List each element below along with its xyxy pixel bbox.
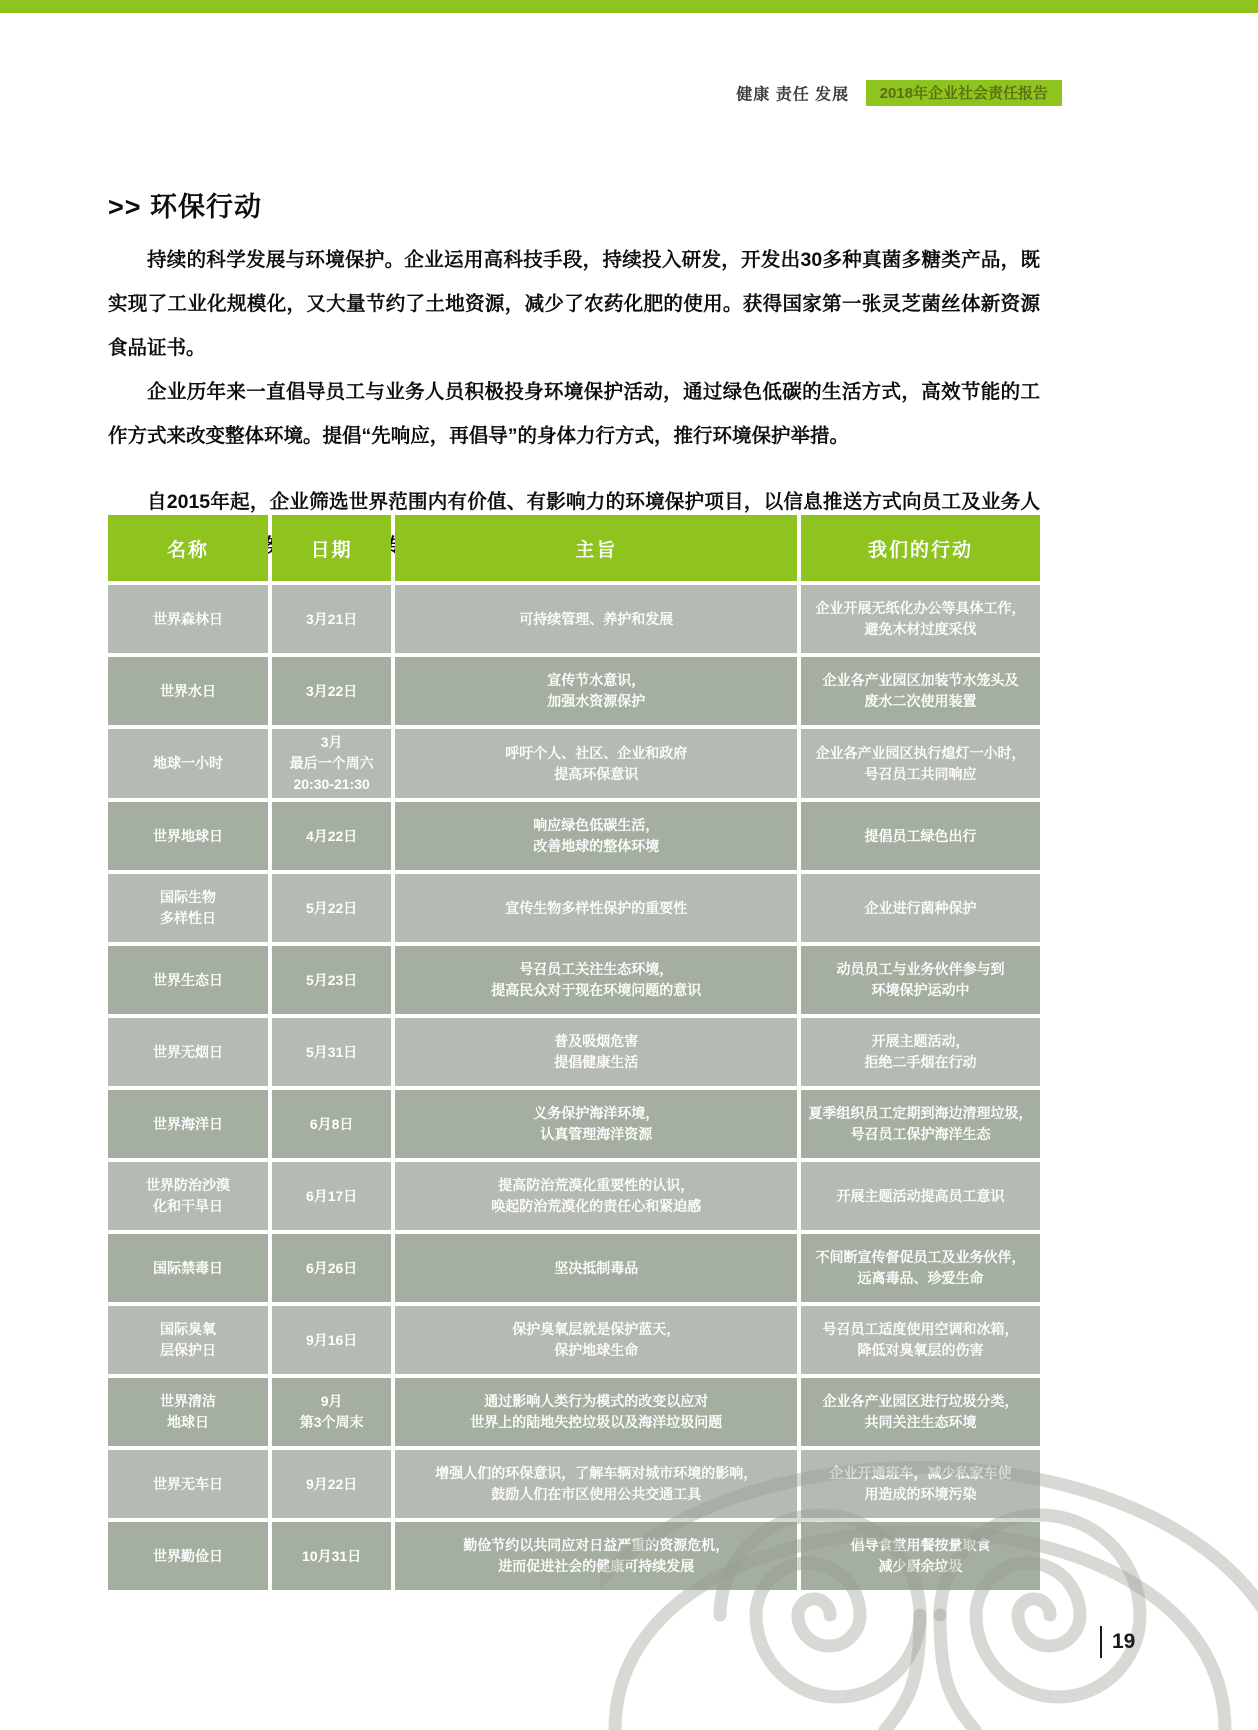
paragraph-advocacy: 企业历年来一直倡导员工与业务人员积极投身环境保护活动，通过绿色低碳的生活方式，高… [108, 370, 1040, 458]
page-number-block: 19 [1100, 1626, 1135, 1658]
table-cell: 企业各产业园区加装节水笼头及 废水二次使用装置 [801, 657, 1040, 725]
column-header-date: 日期 [272, 515, 391, 581]
table-cell: 企业开通班车，减少私家车使 用造成的环境污染 [801, 1450, 1040, 1518]
table-cell: 开展主题活动， 拒绝二手烟在行动 [801, 1018, 1040, 1086]
table-cell: 夏季组织员工定期到海边清理垃圾， 号召员工保护海洋生态 [801, 1090, 1040, 1158]
table-cell: 可持续管理、养护和发展 [395, 585, 797, 653]
table-cell: 宣传节水意识， 加强水资源保护 [395, 657, 797, 725]
table-cell: 响应绿色低碳生活， 改善地球的整体环境 [395, 802, 797, 870]
table-row: 世界地球日4月22日响应绿色低碳生活， 改善地球的整体环境提倡员工绿色出行 [108, 802, 1040, 870]
table-cell: 坚决抵制毒品 [395, 1234, 797, 1302]
page-header: 健康 责任 发展 2018年企业社会责任报告 [0, 80, 1062, 106]
table-cell: 3月22日 [272, 657, 391, 725]
column-header-theme: 主旨 [395, 515, 797, 581]
table-header-row: 名称 日期 主旨 我们的行动 [108, 515, 1040, 581]
table-cell: 6月17日 [272, 1162, 391, 1230]
table-cell: 地球一小时 [108, 729, 268, 798]
table-cell: 国际臭氧 层保护日 [108, 1306, 268, 1374]
table-body: 世界森林日3月21日可持续管理、养护和发展企业开展无纸化办公等具体工作， 避免木… [108, 585, 1040, 1590]
table-cell: 9月16日 [272, 1306, 391, 1374]
table-cell: 企业各产业园区执行熄灯一小时， 号召员工共同响应 [801, 729, 1040, 798]
table-row: 世界清洁 地球日9月 第3个周末通过影响人类行为模式的改变以应对 世界上的陆地失… [108, 1378, 1040, 1446]
table-cell: 企业进行菌种保护 [801, 874, 1040, 942]
table-cell: 开展主题活动提高员工意识 [801, 1162, 1040, 1230]
table-cell: 9月22日 [272, 1450, 391, 1518]
table-cell: 5月22日 [272, 874, 391, 942]
table-row: 世界勤俭日10月31日勤俭节约以共同应对日益严重的资源危机， 进而促进社会的健康… [108, 1522, 1040, 1590]
table-row: 世界海洋日6月8日义务保护海洋环境， 认真管理海洋资源夏季组织员工定期到海边清理… [108, 1090, 1040, 1158]
table-row: 世界森林日3月21日可持续管理、养护和发展企业开展无纸化办公等具体工作， 避免木… [108, 585, 1040, 653]
table-cell: 保护臭氧层就是保护蓝天， 保护地球生命 [395, 1306, 797, 1374]
table-cell: 3月 最后一个周六 20:30-21:30 [272, 729, 391, 798]
top-accent-bar [0, 0, 1258, 13]
table-cell: 提高防治荒漠化重要性的认识， 唤起防治荒漠化的责任心和紧迫感 [395, 1162, 797, 1230]
table-row: 世界生态日5月23日号召员工关注生态环境， 提高民众对于现在环境问题的意识动员员… [108, 946, 1040, 1014]
table-cell: 5月23日 [272, 946, 391, 1014]
table-row: 世界水日3月22日宣传节水意识， 加强水资源保护企业各产业园区加装节水笼头及 废… [108, 657, 1040, 725]
column-header-actions: 我们的行动 [801, 515, 1040, 581]
table-row: 国际生物 多样性日5月22日宣传生物多样性保护的重要性企业进行菌种保护 [108, 874, 1040, 942]
table-cell: 3月21日 [272, 585, 391, 653]
table-row: 国际臭氧 层保护日9月16日保护臭氧层就是保护蓝天， 保护地球生命号召员工适度使… [108, 1306, 1040, 1374]
page-number: 19 [1112, 1630, 1135, 1654]
table-cell: 世界地球日 [108, 802, 268, 870]
table-row: 地球一小时3月 最后一个周六 20:30-21:30呼吁个人、社区、企业和政府 … [108, 729, 1040, 798]
table-cell: 通过影响人类行为模式的改变以应对 世界上的陆地失控垃圾以及海洋垃圾问题 [395, 1378, 797, 1446]
table-cell: 提倡员工绿色出行 [801, 802, 1040, 870]
table-cell: 6月8日 [272, 1090, 391, 1158]
table-cell: 增强人们的环保意识，了解车辆对城市环境的影响， 鼓励人们在市区使用公共交通工具 [395, 1450, 797, 1518]
table-cell: 世界水日 [108, 657, 268, 725]
table-cell: 号召员工适度使用空调和冰箱， 降低对臭氧层的伤害 [801, 1306, 1040, 1374]
table-cell: 世界生态日 [108, 946, 268, 1014]
table-cell: 世界勤俭日 [108, 1522, 268, 1590]
table-cell: 世界无烟日 [108, 1018, 268, 1086]
table-cell: 倡导食堂用餐按量取食 减少厨余垃圾 [801, 1522, 1040, 1590]
table-cell: 5月31日 [272, 1018, 391, 1086]
table-cell: 世界海洋日 [108, 1090, 268, 1158]
table-cell: 企业各产业园区进行垃圾分类， 共同关注生态环境 [801, 1378, 1040, 1446]
table-cell: 义务保护海洋环境， 认真管理海洋资源 [395, 1090, 797, 1158]
environment-days-table: 名称 日期 主旨 我们的行动 世界森林日3月21日可持续管理、养护和发展企业开展… [108, 515, 1040, 1594]
table-cell: 动员员工与业务伙伴参与到 环境保护运动中 [801, 946, 1040, 1014]
table-cell: 呼吁个人、社区、企业和政府 提高环保意识 [395, 729, 797, 798]
header-tagline: 健康 责任 发展 [736, 87, 849, 104]
table-cell: 9月 第3个周末 [272, 1378, 391, 1446]
table-cell: 国际生物 多样性日 [108, 874, 268, 942]
table-cell: 不间断宣传督促员工及业务伙伴， 远离毒品、珍爱生命 [801, 1234, 1040, 1302]
table-row: 世界无车日9月22日增强人们的环保意识，了解车辆对城市环境的影响， 鼓励人们在市… [108, 1450, 1040, 1518]
table-cell: 勤俭节约以共同应对日益严重的资源危机， 进而促进社会的健康可持续发展 [395, 1522, 797, 1590]
header-report-badge: 2018年企业社会责任报告 [866, 80, 1062, 106]
table-cell: 世界防治沙漠 化和干旱日 [108, 1162, 268, 1230]
table-cell: 6月26日 [272, 1234, 391, 1302]
table-cell: 号召员工关注生态环境， 提高民众对于现在环境问题的意识 [395, 946, 797, 1014]
table-row: 世界无烟日5月31日普及吸烟危害 提倡健康生活开展主题活动， 拒绝二手烟在行动 [108, 1018, 1040, 1086]
column-header-name: 名称 [108, 515, 268, 581]
table-cell: 世界清洁 地球日 [108, 1378, 268, 1446]
report-page: 健康 责任 发展 2018年企业社会责任报告 >> 环保行动 持续的科学发展与环… [0, 0, 1258, 1730]
section-title: >> 环保行动 [108, 185, 262, 224]
table-cell: 宣传生物多样性保护的重要性 [395, 874, 797, 942]
table-cell: 10月31日 [272, 1522, 391, 1590]
table-cell: 世界无车日 [108, 1450, 268, 1518]
table-cell: 普及吸烟危害 提倡健康生活 [395, 1018, 797, 1086]
table-row: 世界防治沙漠 化和干旱日6月17日提高防治荒漠化重要性的认识， 唤起防治荒漠化的… [108, 1162, 1040, 1230]
page-number-divider [1100, 1626, 1102, 1658]
table-cell: 4月22日 [272, 802, 391, 870]
table-cell: 世界森林日 [108, 585, 268, 653]
paragraph-science: 持续的科学发展与环境保护。企业运用高科技手段，持续投入研发，开发出30多种真菌多… [108, 238, 1040, 370]
table-cell: 企业开展无纸化办公等具体工作， 避免木材过度采伐 [801, 585, 1040, 653]
table-cell: 国际禁毒日 [108, 1234, 268, 1302]
table-row: 国际禁毒日6月26日坚决抵制毒品不间断宣传督促员工及业务伙伴， 远离毒品、珍爱生… [108, 1234, 1040, 1302]
